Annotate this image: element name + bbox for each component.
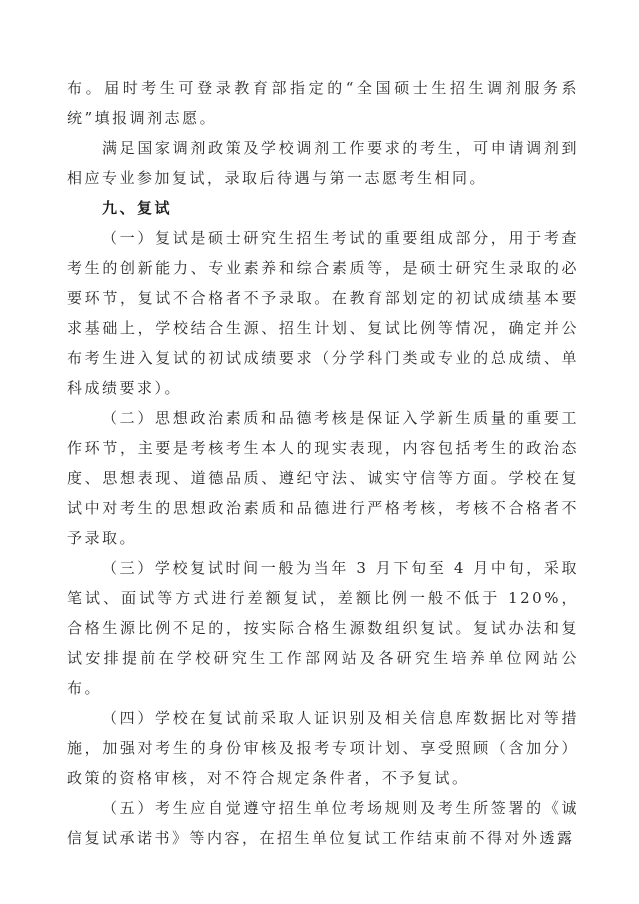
document-page: 布。届时考生可登录教育部指定的“全国硕士生招生调剂服务系统”填报调剂志愿。 满足… [67,73,579,853]
paragraph-retest-2: （二）思想政治素质和品德考核是保证入学新生质量的重要工作环节，主要是考核考生本人… [67,403,579,553]
paragraph-retest-4: （四）学校在复试前采取人证识别及相关信息库数据比对等措施，加强对考生的身份审核及… [67,703,579,793]
paragraph-retest-3: （三）学校复试时间一般为当年 3 月下旬至 4 月中旬，采取笔试、面试等方式进行… [67,553,579,703]
paragraph-continuation: 布。届时考生可登录教育部指定的“全国硕士生招生调剂服务系统”填报调剂志愿。 [67,73,579,133]
paragraph-retest-5: （五）考生应自觉遵守招生单位考场规则及考生所签署的《诚信复试承诺书》等内容，在招… [67,793,579,853]
paragraph-adjustment-eligibility: 满足国家调剂政策及学校调剂工作要求的考生，可申请调剂到相应专业参加复试，录取后待… [67,133,579,193]
section-heading-retest: 九、复试 [67,193,579,223]
paragraph-retest-1: （一）复试是硕士研究生招生考试的重要组成部分，用于考查考生的创新能力、专业素养和… [67,223,579,403]
